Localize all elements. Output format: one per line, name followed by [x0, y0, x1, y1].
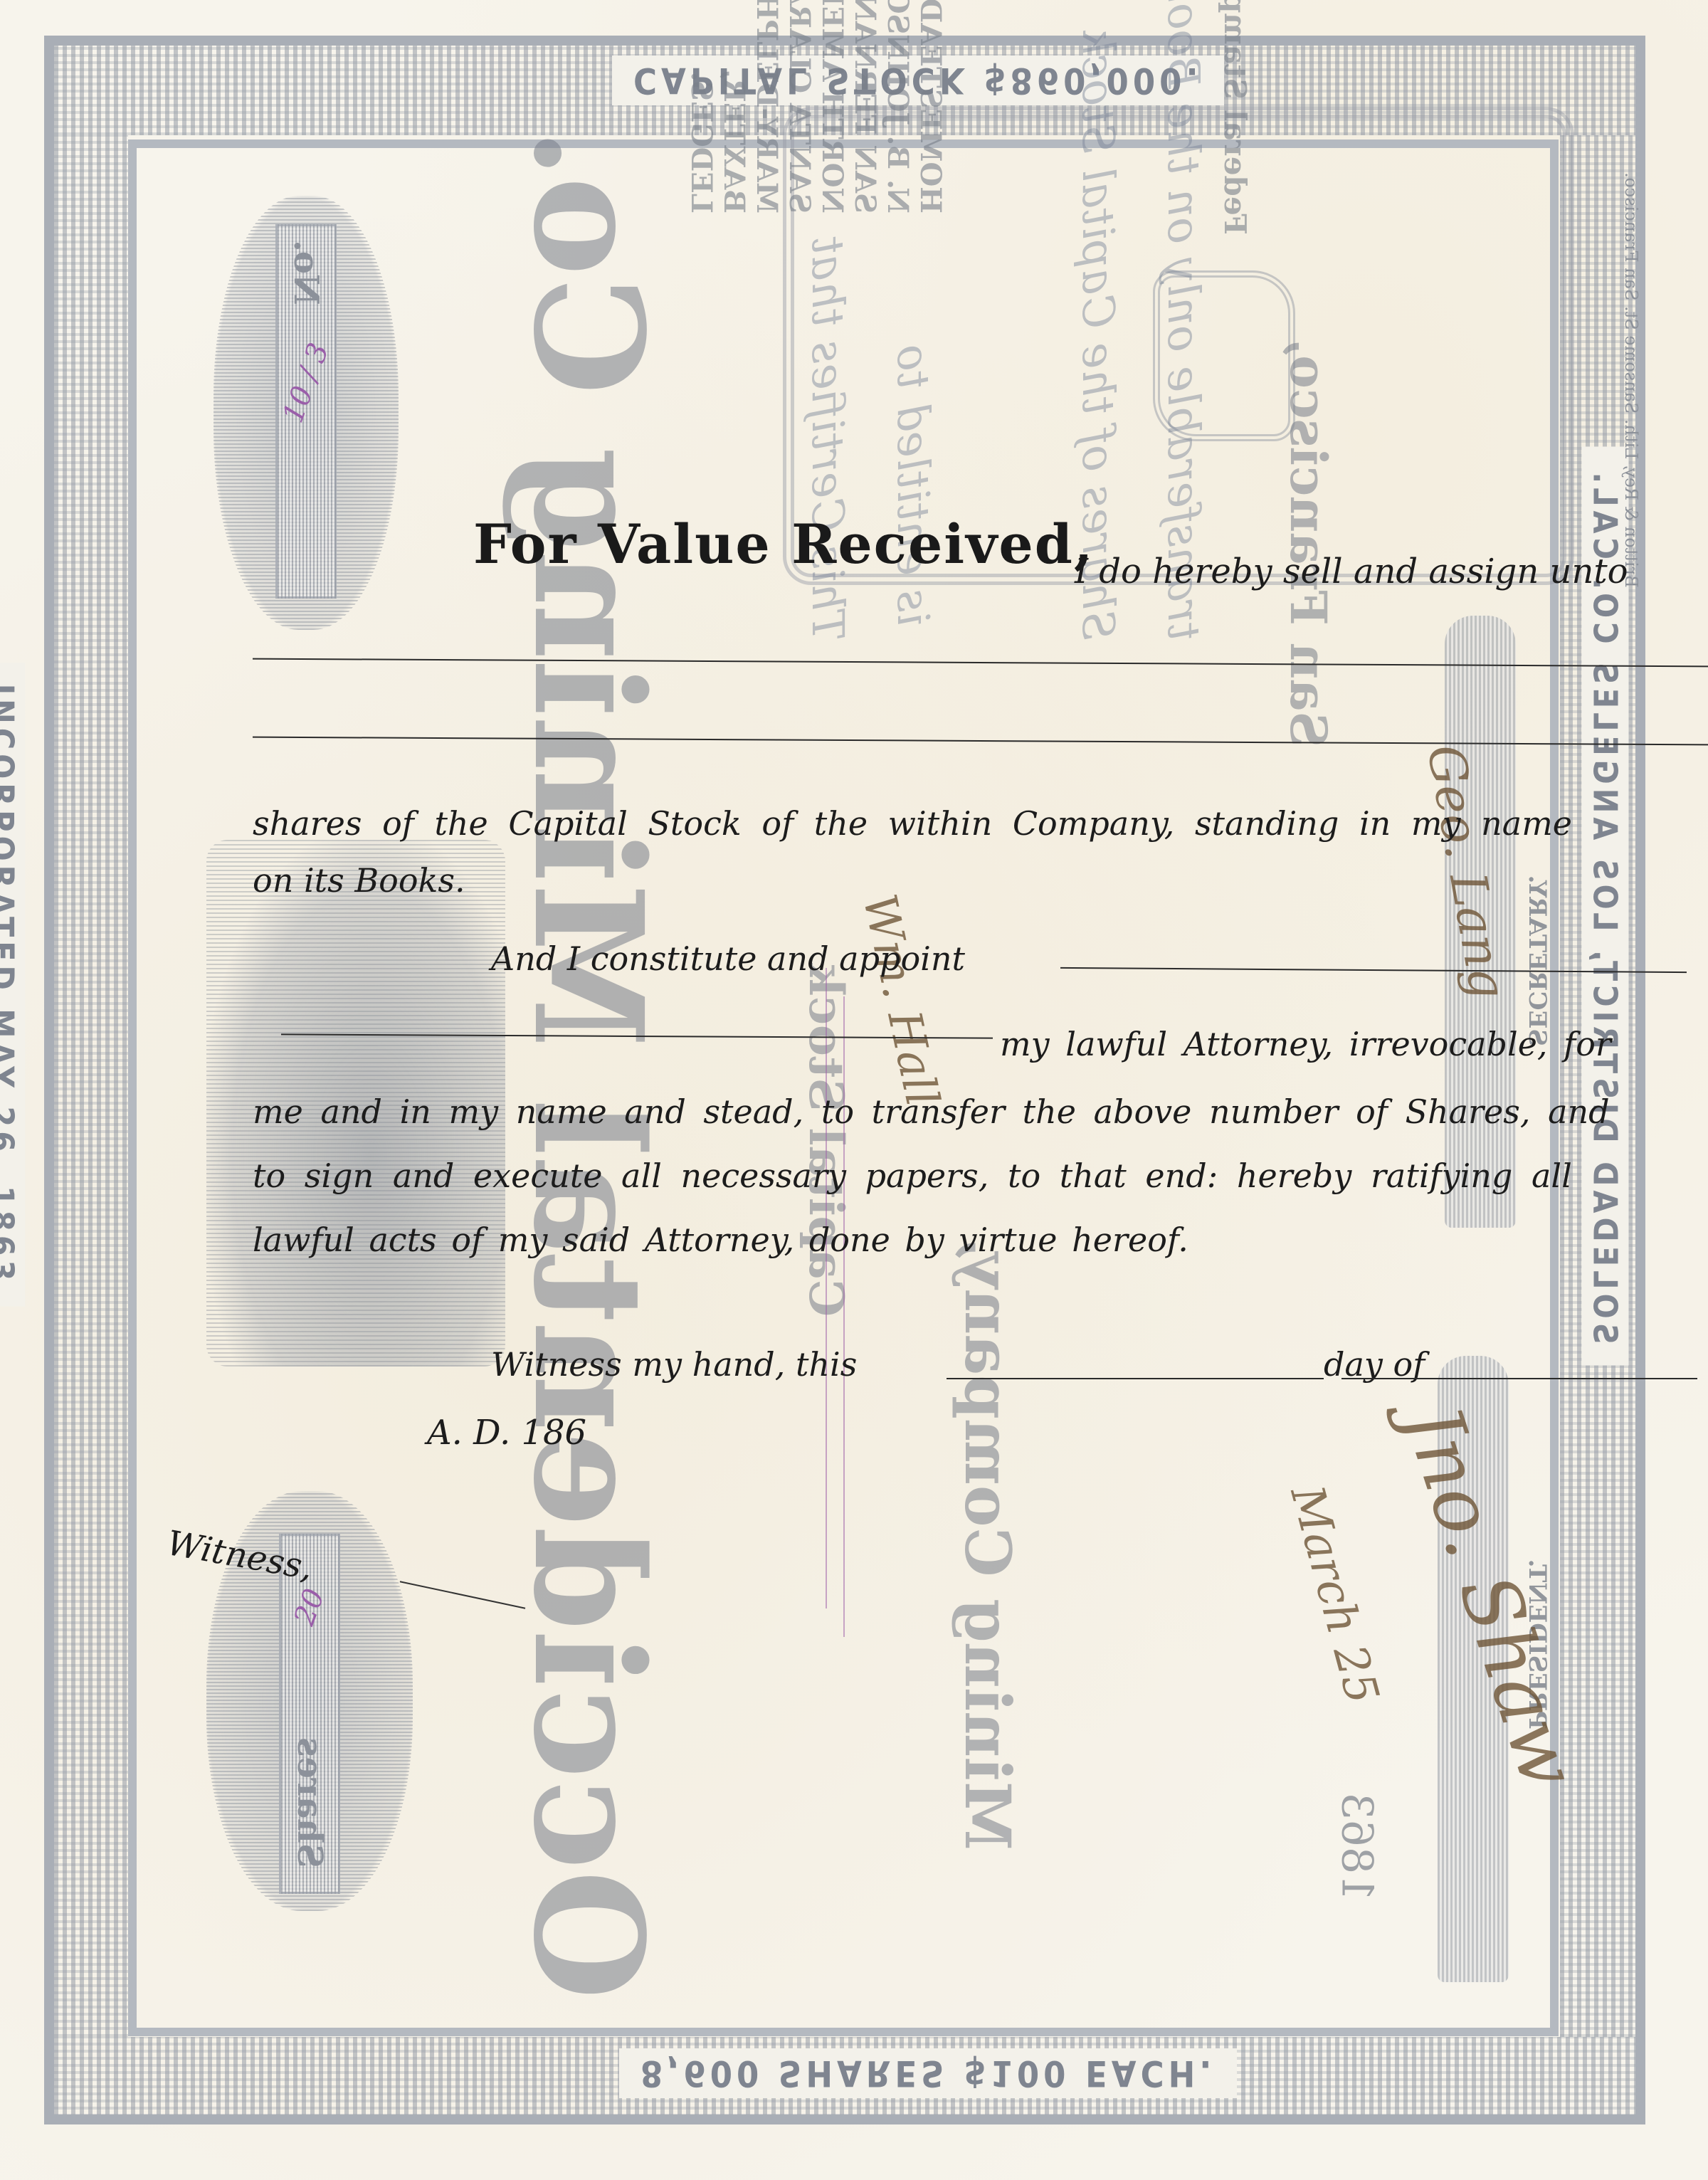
books-text: on its Books. [253, 861, 465, 900]
ledge-item: BAXTER, [717, 0, 750, 214]
execute-text: to sign and execute all necessary papers… [253, 1157, 1572, 1195]
federal-stamp-label: Federal Stamp. [1218, 0, 1253, 235]
incorporated-label: INCORPORATED MAY 26, 1863 [0, 663, 25, 1307]
mining-company-showthrough: Mining Company, [951, 1237, 1025, 1850]
script-line-showthrough: is entitled to [887, 344, 939, 626]
year-showthrough: 1863 [1332, 1793, 1381, 1902]
witness-hand-text: Witness my hand, this [491, 1345, 857, 1384]
company-name: Occidental Mining Co. [500, 127, 676, 2000]
month-line[interactable] [1341, 1378, 1697, 1379]
ledge-item: HOMESTEAD, [914, 0, 947, 214]
constitute-text: And I constitute and appoint [491, 939, 965, 978]
ledge-item: SANTA CLARA, [783, 0, 816, 214]
vignette-certificate-number: No. 10 / 3 [213, 196, 399, 630]
company-title-showthrough: Occidental Mining Co. [491, 164, 676, 2014]
ledge-list: HOMESTEAD, N. B. JOHNSON, SAN FERNANDO, … [685, 0, 947, 214]
script-line-showthrough: transferable only on the Books [1158, 0, 1210, 641]
secretary-label: SECRETARY. [1523, 875, 1551, 1046]
ledge-item: N. B. JOHNSON, [881, 0, 914, 214]
ledge-item: MARY-DELPHIA, [750, 0, 783, 214]
lawful-acts-text: lawful acts of my said Attorney, done by… [253, 1221, 1188, 1259]
vignette-shares-label: Shares [290, 1737, 330, 1868]
for-value-received-heading: For Value Received, [473, 512, 1094, 576]
stead-text: me and in my name and stead, to transfer… [253, 1092, 1610, 1131]
office-location-showthrough: San Francisco, [1279, 338, 1338, 747]
ledge-item: NORTH AMERICA, [816, 0, 848, 214]
ledge-item: LEDGES. [685, 0, 717, 214]
ruled-margin-line [826, 968, 827, 1608]
ledge-item: SAN FERNANDO, [848, 0, 881, 214]
vignette-number-label: No. [286, 240, 326, 305]
assign-unto-text: I do hereby sell and assign unto [1075, 552, 1628, 591]
anno-domini-text: A. D. 186 [427, 1413, 586, 1453]
day-line[interactable] [947, 1378, 1324, 1379]
shares-text: shares of the Capital Stock of the withi… [253, 804, 1572, 843]
script-line-showthrough: This Certifies that [802, 237, 854, 641]
attorney-text: my lawful Attorney, irrevocable, for [1000, 1025, 1611, 1063]
shares-count-label: 8,600 SHARES $100 EACH. [619, 2048, 1237, 2098]
printer-imprint: Britton & Rey, Lith. Sansome St. San Fra… [1621, 172, 1641, 588]
